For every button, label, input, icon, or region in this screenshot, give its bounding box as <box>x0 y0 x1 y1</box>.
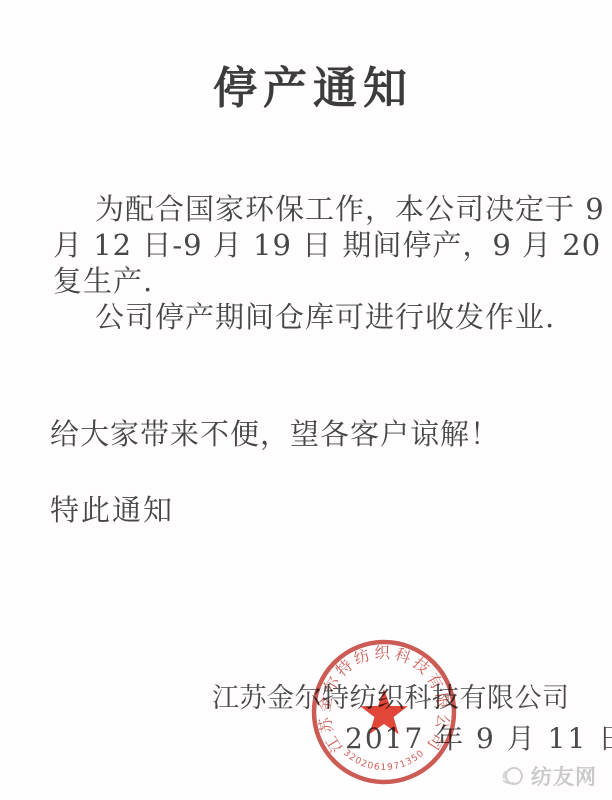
apology-line: 给大家带来不便，望各客户谅解！ <box>50 412 500 453</box>
fangyou-logo-icon <box>500 763 526 789</box>
seal-serial-number: 3202061971350 <box>341 748 427 773</box>
notice-document: 停产通知 为配合国家环保工作，本公司决定于 9 月 12 日-9 月 19 日 … <box>0 0 612 800</box>
watermark-site-name: 纺友网 <box>531 761 597 791</box>
notice-title: 停产通知 <box>0 52 612 116</box>
seal-star-icon <box>360 689 408 734</box>
notice-body: 为配合国家环保工作，本公司决定于 9 月 12 日-9 月 19 日 期间停产，… <box>53 191 565 335</box>
body-line-4: 公司停产期间仓库可进行收发作业. <box>53 299 565 335</box>
site-watermark: 纺友网 <box>500 761 597 791</box>
body-line-3: 复生产. <box>53 263 565 299</box>
body-line-2: 月 12 日-9 月 19 日 期间停产，9 月 20 日恢 <box>53 227 565 263</box>
closing-line: 特此通知 <box>50 488 174 529</box>
body-line-1: 为配合国家环保工作，本公司决定于 9 <box>53 191 565 227</box>
company-seal-stamp: 江苏金尔特纺织科技有限公司 3202061971350 <box>309 637 459 787</box>
